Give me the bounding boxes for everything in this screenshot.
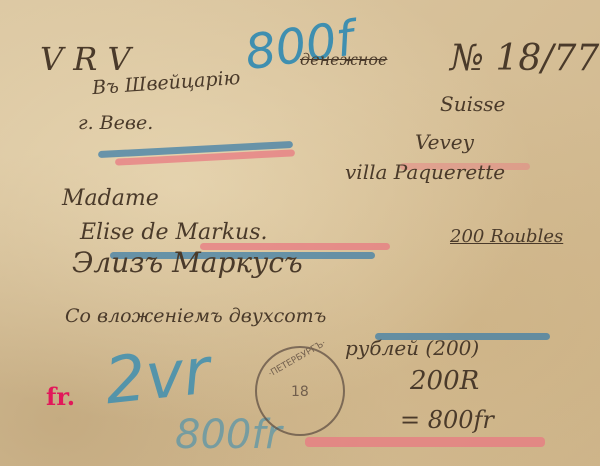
red-pencil-stroke	[305, 437, 545, 447]
amount-francs: = 800fr	[400, 406, 494, 434]
amount-roubles: 200 Roubles	[450, 226, 563, 247]
name-latin: Elise de Markus.	[80, 220, 267, 245]
blue-amount-large: 2vr	[101, 335, 213, 420]
struck-word: денежное	[300, 50, 387, 69]
initials: V R V	[40, 40, 131, 78]
declaration-line-2: рублей (200)	[345, 336, 479, 360]
salutation: Madame	[62, 186, 159, 211]
envelope-photo: V R V Въ Швейцарію г. Веве. 800f денежно…	[0, 0, 600, 466]
villa-name: villa Paquerette	[345, 160, 505, 184]
postmark-date: 18	[291, 384, 309, 400]
declaration-line-1: Со вложеніемъ двухсотъ	[65, 305, 326, 327]
city-latin: Vevey	[415, 130, 474, 154]
red-fr-stamp: fr.	[46, 382, 75, 411]
city-cyrillic: г. Веве.	[78, 112, 153, 134]
registry-number: № 18/77	[450, 38, 599, 79]
country-latin: Suisse	[440, 92, 505, 116]
name-cyrillic: Элизъ Маркусъ	[72, 246, 303, 279]
postmark-text: ·ПЕТЕРБУРГЪ·	[267, 338, 328, 379]
amount-rubles: 200R	[410, 366, 479, 396]
postmark-circle: ·ПЕТЕРБУРГЪ· 18	[255, 346, 345, 436]
blue-amount-top: 800f	[242, 11, 357, 82]
